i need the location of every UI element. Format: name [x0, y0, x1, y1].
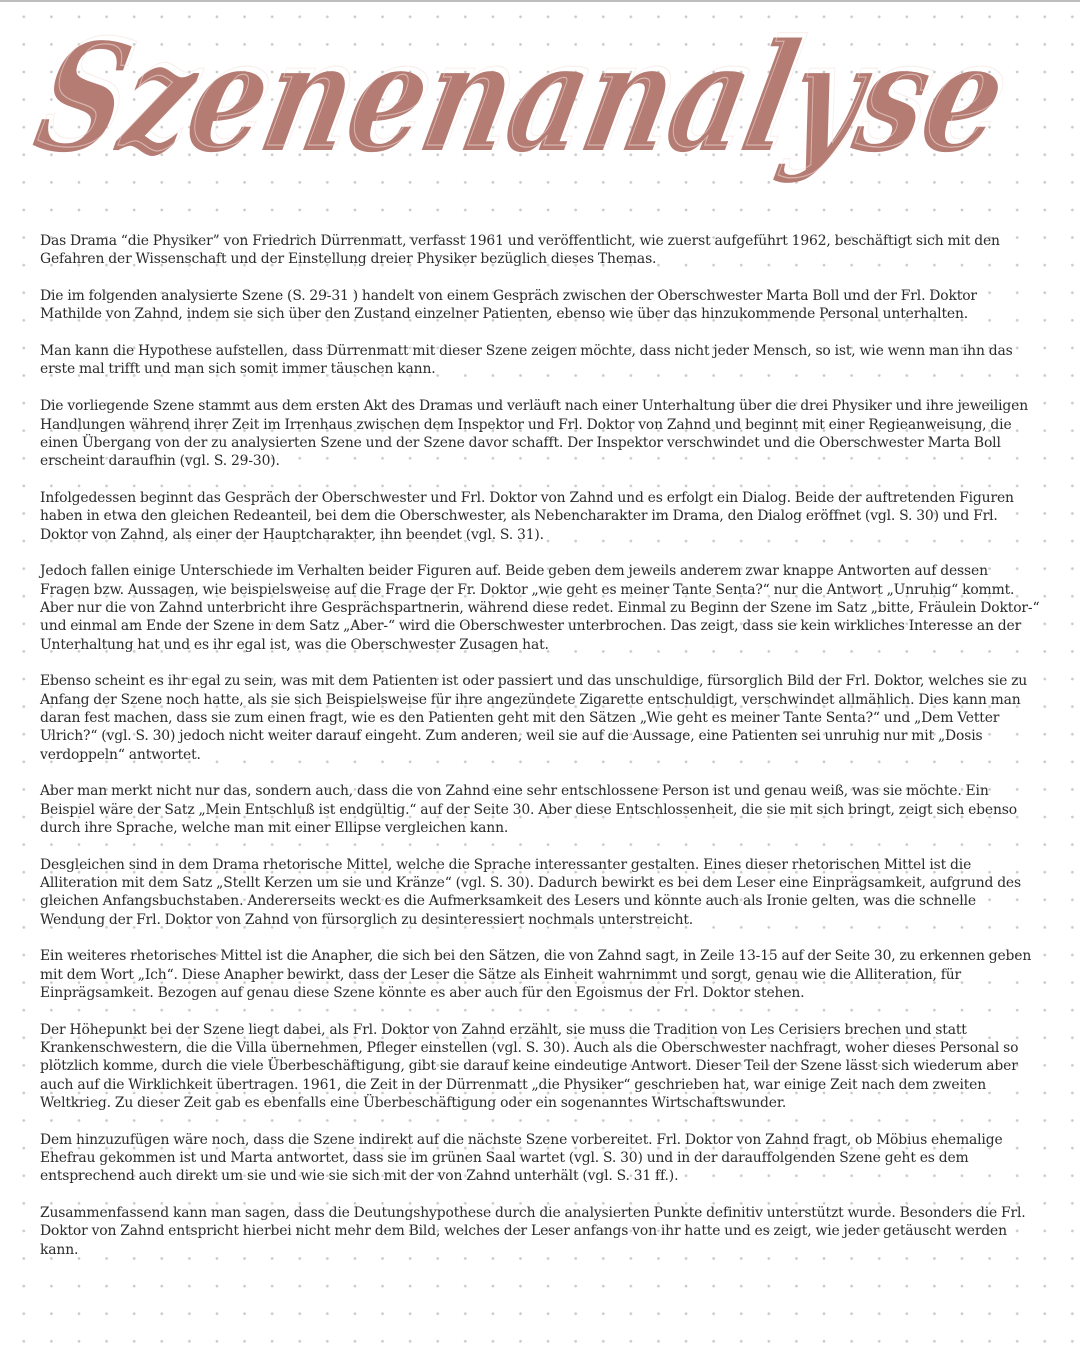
title-highlight: Szenenanalyse — [27, 7, 1024, 181]
title-lettering: Szenenanalyse Szenenanalyse — [0, 0, 1080, 215]
paragraph-behavior-differences: Jedoch fallen einige Unterschiede im Ver… — [40, 562, 1040, 653]
paragraph-intro: Das Drama “die Physiker” von Friedrich D… — [40, 232, 1040, 269]
paragraph-context: Die vorliegende Szene stammt aus dem ers… — [40, 397, 1040, 470]
paragraph-alliteration: Desgleichen sind in dem Drama rhetorisch… — [40, 856, 1040, 929]
analysis-body: Das Drama “die Physiker” von Friedrich D… — [40, 232, 1040, 1278]
paragraph-indifference: Ebenso scheint es ihr egal zu sein, was … — [40, 672, 1040, 763]
paragraph-conclusion: Zusammenfassend kann man sagen, dass die… — [40, 1204, 1040, 1259]
paragraph-next-scene: Dem hinzuzufügen wäre noch, dass die Sze… — [40, 1131, 1040, 1186]
paragraph-anaphora: Ein weiteres rhetorisches Mittel ist die… — [40, 947, 1040, 1002]
paragraph-climax: Der Höhepunkt bei der Szene liegt dabei,… — [40, 1021, 1040, 1112]
paragraph-determination: Aber man merkt nicht nur das, sondern au… — [40, 782, 1040, 837]
page-title: Szenenanalyse Szenenanalyse — [0, 0, 1080, 215]
paragraph-hypothesis: Man kann die Hypothese aufstellen, dass … — [40, 342, 1040, 379]
paragraph-scene-summary: Die im folgenden analysierte Szene (S. 2… — [40, 287, 1040, 324]
paragraph-dialog-structure: Infolgedessen beginnt das Gespräch der O… — [40, 489, 1040, 544]
